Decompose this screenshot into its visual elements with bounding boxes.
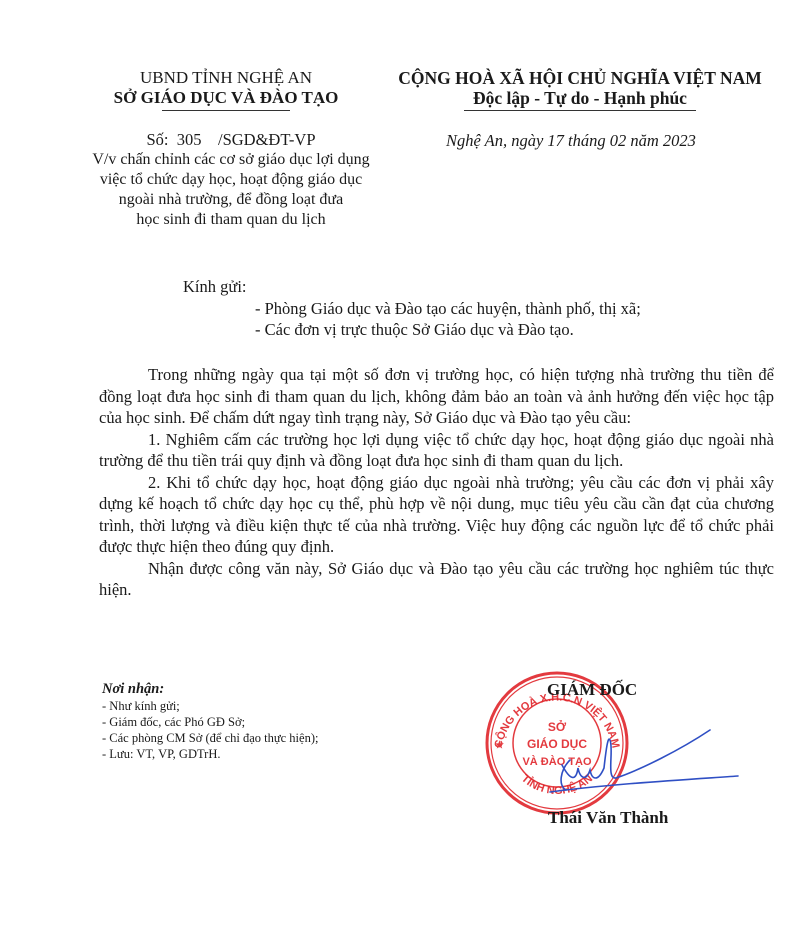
handwritten-signature-icon bbox=[530, 720, 740, 800]
body-paragraph: Trong những ngày qua tại một số đơn vị t… bbox=[99, 364, 774, 429]
receiver-item: - Giám đốc, các Phó GĐ Sở; bbox=[102, 714, 318, 730]
receivers-block: Nơi nhận: - Như kính gửi; - Giám đốc, cá… bbox=[102, 680, 318, 762]
recipient-item: - Phòng Giáo dục và Đào tạo các huyện, t… bbox=[255, 299, 641, 319]
receiver-item: - Lưu: VT, VP, GDTrH. bbox=[102, 746, 318, 762]
subject-line: ngoài nhà trường, để đồng loạt đưa bbox=[86, 190, 376, 210]
letter-body: Trong những ngày qua tại một số đơn vị t… bbox=[99, 364, 774, 601]
subject-line: học sinh đi tham quan du lịch bbox=[86, 210, 376, 230]
document-reference-block: Số: 305 /SGD&ĐT-VP V/v chấn chỉnh các cơ… bbox=[86, 130, 376, 230]
subject-line: việc tổ chức dạy học, hoạt động giáo dục bbox=[86, 170, 376, 190]
doc-number-value: 305 bbox=[177, 130, 202, 149]
svg-text:★: ★ bbox=[495, 740, 504, 751]
body-paragraph: Nhận được công văn này, Sở Giáo dục và Đ… bbox=[99, 558, 774, 601]
receiver-item: - Như kính gửi; bbox=[102, 698, 318, 714]
receiver-item: - Các phòng CM Sở (để chỉ đạo thực hiện)… bbox=[102, 730, 318, 746]
department-underline bbox=[162, 110, 290, 111]
national-header-block: CỘNG HOÀ XÃ HỘI CHỦ NGHĨA VIỆT NAM Độc l… bbox=[360, 68, 800, 111]
receivers-title: Nơi nhận: bbox=[102, 680, 318, 698]
signer-title: GIÁM ĐỐC bbox=[547, 680, 637, 700]
body-paragraph: 2. Khi tổ chức dạy học, hoạt động giáo d… bbox=[99, 472, 774, 558]
body-paragraph: 1. Nghiêm cấm các trường học lợi dụng vi… bbox=[99, 429, 774, 472]
place-and-date: Nghệ An, ngày 17 tháng 02 năm 2023 bbox=[446, 131, 696, 151]
authority-name: UBND TỈNH NGHỆ AN bbox=[86, 68, 366, 88]
doc-number-label: Số: bbox=[146, 130, 168, 149]
recipient-item: - Các đơn vị trực thuộc Sở Giáo dục và Đ… bbox=[255, 320, 574, 340]
document-number: Số: 305 /SGD&ĐT-VP bbox=[86, 130, 376, 150]
issuing-authority-block: UBND TỈNH NGHỆ AN SỞ GIÁO DỤC VÀ ĐÀO TẠO bbox=[86, 68, 366, 111]
motto-underline bbox=[464, 110, 696, 111]
national-motto: Độc lập - Tự do - Hạnh phúc bbox=[360, 88, 800, 108]
country-name: CỘNG HOÀ XÃ HỘI CHỦ NGHĨA VIỆT NAM bbox=[360, 68, 800, 88]
signer-name: Thái Văn Thành bbox=[548, 808, 668, 828]
subject-line: V/v chấn chỉnh các cơ sở giáo dục lợi dụ… bbox=[86, 150, 376, 170]
doc-number-code: /SGD&ĐT-VP bbox=[218, 130, 316, 149]
department-name: SỞ GIÁO DỤC VÀ ĐÀO TẠO bbox=[86, 88, 366, 108]
greeting-label: Kính gửi: bbox=[183, 277, 247, 297]
